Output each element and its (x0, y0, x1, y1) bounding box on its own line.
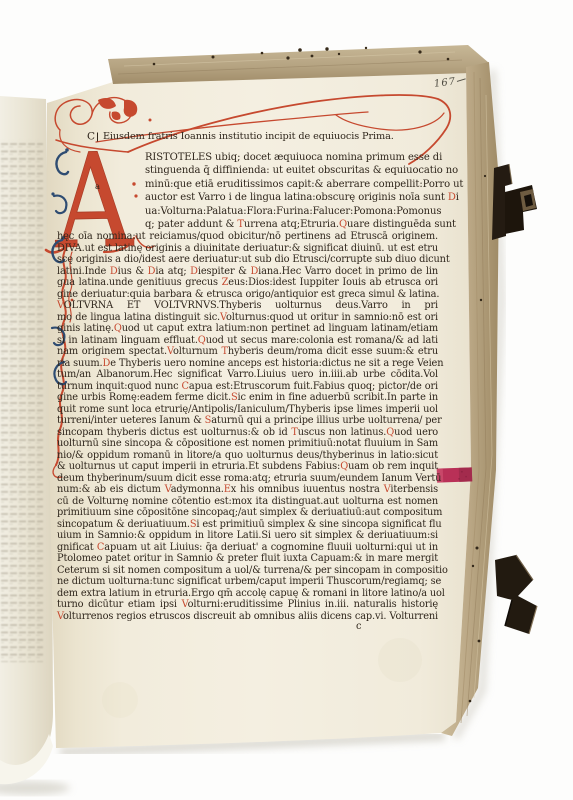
text-line: scę originis a dio/idest aere deriuatur:… (57, 254, 438, 266)
incipit-heading-text: Eiusdem fratris Ioannis institutio incip… (103, 131, 394, 142)
bookmark-tab (437, 467, 472, 482)
text-line: quit rome sunt loca etrurię/Antipolis/Ia… (57, 404, 438, 416)
text-line: primitiuum sine cōpositōne sincopaq;/aut… (57, 507, 438, 519)
text-line: gnificat Capuam ut ait Liuius: q̄a deriu… (57, 542, 438, 554)
text-line: dem extra latium in etruria.Ergo qm̄ acc… (57, 588, 438, 600)
text-line: & uolturnus ut caput imperii in etruria.… (57, 461, 438, 473)
text-line: sincopatum & deriuatiuum.Si est primitiu… (57, 519, 438, 531)
initial-letter-space (57, 151, 145, 231)
text-line: gua latina.unde genitiuus grecus Zeus:Di… (57, 277, 438, 289)
body-text: RISTOTELES ubiq; docet æquiuoca nomina p… (57, 151, 438, 622)
catchword: c (356, 621, 362, 632)
text-line: Ceterum si sit nomen compositum a uol/& … (57, 565, 438, 577)
text-line: turnum inquit:quod nunc Capua est:Etrusc… (57, 381, 438, 393)
text-line: gine deriuatur:quia barbara & etrusca or… (57, 289, 438, 301)
text-line: num:& ab eis dictum Vadymonna.Ex his omn… (57, 484, 438, 496)
text-line: turno dicūtur etiam ipsi Volturni:erudit… (57, 599, 438, 611)
text-line: gine urbis Romę:eadem ferme dicit.Sic en… (57, 392, 438, 404)
text-line: mo de lingua latina distinguit sic.Voltu… (57, 312, 438, 324)
text-line: deum thyberinum/suum dicit esse roma:atq… (57, 473, 438, 485)
text-line: nio/& oppidum romanū in litore/a quo uol… (57, 450, 438, 462)
text-line: ne dictum uolturna:tunc significat urbem… (57, 576, 438, 588)
text-line: uium in Samnio:& oppidum in litore Latii… (57, 530, 438, 542)
text-line: tum/an Albanorum.Hec significat Varro.Li… (57, 369, 438, 381)
clasp-lower (495, 555, 537, 634)
text-line: hęc oīa nomina:ut reiciamus/quod obicitu… (57, 231, 438, 243)
text-line: si in latinam linguam effluat.Quod ut se… (57, 335, 438, 347)
book-photograph: A 167 CEiusdem fratris Ioannis instituti… (0, 0, 573, 800)
facing-page-faint-text (1, 140, 43, 662)
text-line: cū de Volturnę nomine cōtentio est:mox i… (57, 496, 438, 508)
facing-page (0, 96, 53, 784)
text-line: Ptolomeo patet oritur in Samnio & preter… (57, 553, 438, 565)
text-line: DIVA.ut est latinę originis a diuinitate… (57, 243, 438, 255)
text-line: sincopam thyberis dictus est uolturnus:&… (57, 427, 438, 439)
text-line: VOLTVRNA ET VOLTVRNVS.Thyberis uolturnus… (57, 300, 438, 312)
text-line: Volturrenos regios etruscos discreuit ab… (57, 611, 438, 623)
text-line: ginis latinę.Quod ut caput extra latium:… (57, 323, 438, 335)
paragraph-mark-icon: C (87, 133, 98, 142)
text-line: ria suum.De Thyberis uero nomine anceps … (57, 358, 438, 370)
clasp-upper (492, 164, 537, 240)
text-line: uolturnū sine sincopa & cōpositione est … (57, 438, 438, 450)
incipit-heading: CEiusdem fratris Ioannis institutio inci… (87, 131, 394, 142)
text-line: turreni/inter ueteres Ianum & Saturnū qu… (57, 415, 438, 427)
text-line: nam originem spectat.Volturnum Thyberis … (57, 346, 438, 358)
text-line: latini.Inde Dius & Dia atq; Diespiter & … (57, 266, 438, 278)
